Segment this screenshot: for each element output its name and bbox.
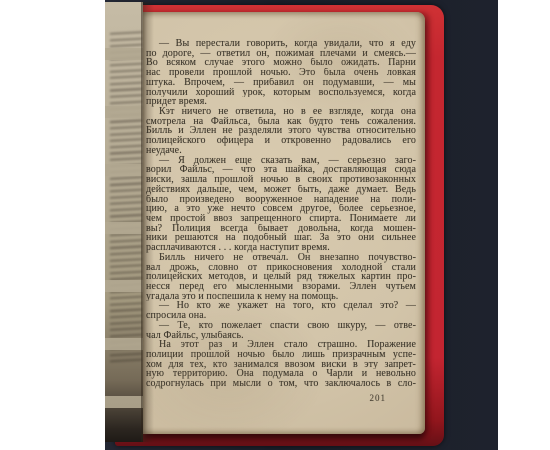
text-line: чем простой ввоз запрещенного спирта. По…	[146, 214, 416, 224]
text-line: полицейских методов, и целый ряд тяжелых…	[146, 272, 416, 282]
text-line: нас провели прошлой ночью. Это была очен…	[146, 68, 416, 78]
text-line: содрогнулась при мысли о том, что заключ…	[146, 379, 416, 389]
text-line: придет время.	[146, 97, 416, 107]
text-line: штука. Впрочем, — прибавил он подумавши,…	[146, 78, 416, 88]
text-line: — Я должен еще сказать вам, — серьезно з…	[146, 156, 416, 166]
text-line: Во всяком случае этого можно было ожидат…	[146, 58, 416, 68]
left-page-edge	[105, 2, 143, 442]
text-line: по дороге, — ответил он, пожимая плечами…	[146, 49, 416, 59]
text-line: смотрела на Файльса, была как будто тень…	[146, 117, 416, 127]
left-page-paragraph-gaps	[105, 2, 143, 442]
text-line: ники решаются на подобный шаг. За это он…	[146, 233, 416, 243]
text-line: вал дрожь, словно от прикосновения холод…	[146, 263, 416, 273]
gutter-shadow	[141, 2, 154, 442]
text-line: несся перед его мысленными взорами. Элле…	[146, 282, 416, 292]
text-line: неудаче.	[146, 146, 416, 156]
page-number: 201	[370, 393, 387, 403]
text-line: полиции прошлой ночью было лишь призрачн…	[146, 350, 416, 360]
text-line: угадала это и поспешила к нему на помощь…	[146, 292, 416, 302]
text-line: Кэт ничего не ответила, но в ее взгляде,…	[146, 107, 416, 117]
text-line: чал Файльс, улыбаясь.	[146, 331, 416, 341]
text-line: ную территорию. Она подумала о Чарли и н…	[146, 369, 416, 379]
text-line: спросила она.	[146, 311, 416, 321]
text-line: цию, а это уже нечто совсем другое, боле…	[146, 204, 416, 214]
text-line: На этот раз и Эллен стало страшно. Пораж…	[146, 340, 416, 350]
text-line: получили хороший урок, которым воспользу…	[146, 88, 416, 98]
text-line: действиях дальше, чем, может быть, даже …	[146, 185, 416, 195]
text-line: виски, зашла прошлой ночью в своих проти…	[146, 175, 416, 185]
right-page: — Вы перестали говорить, когда увидали, …	[143, 12, 425, 434]
text-line: полицейского офицера и откровенно радова…	[146, 136, 416, 146]
text-line: — Вы перестали говорить, когда увидали, …	[146, 39, 416, 49]
text-block: — Вы перестали говорить, когда увидали, …	[146, 39, 416, 389]
book-photo: — Вы перестали говорить, когда увидали, …	[105, 0, 498, 450]
text-line: — Но кто же укажет на того, кто сделал э…	[146, 301, 416, 311]
text-line: — Те, кто пожелает спасти свою шкуру, — …	[146, 321, 416, 331]
text-line: было произведено вооруженное нападение н…	[146, 195, 416, 205]
text-line: Билль и Эллен не разделяли этого чувства…	[146, 126, 416, 136]
text-line: Билль ничего не отвечал. Он внезапно поч…	[146, 253, 416, 263]
text-line: ворил Файльс, — что эта шайка, доставляю…	[146, 165, 416, 175]
text-line: вы? Полиция всегда бывает довольна, когд…	[146, 224, 416, 234]
text-line: расплачиваются . . . когда наступит врем…	[146, 243, 416, 253]
text-line: хом для тех, кто занимался ввозом виски …	[146, 360, 416, 370]
